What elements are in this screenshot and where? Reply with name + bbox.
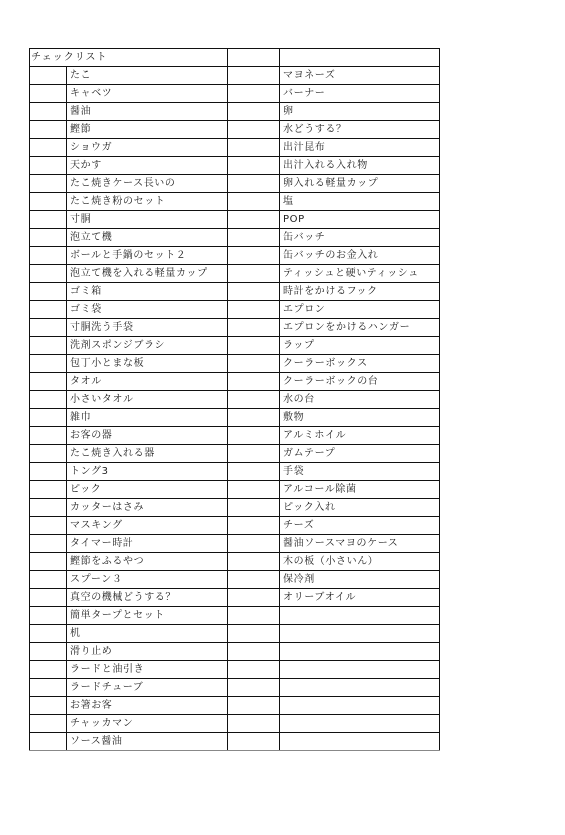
header-row: チェックリスト bbox=[30, 49, 440, 67]
check-cell[interactable] bbox=[30, 247, 67, 265]
check-cell[interactable] bbox=[30, 103, 67, 121]
check-cell[interactable] bbox=[30, 283, 67, 301]
empty-cell[interactable] bbox=[228, 49, 280, 67]
check-cell[interactable] bbox=[30, 463, 67, 481]
right-item-cell[interactable] bbox=[280, 607, 440, 625]
check-cell[interactable] bbox=[228, 643, 280, 661]
check-cell[interactable] bbox=[228, 589, 280, 607]
right-item-cell[interactable]: ラップ bbox=[280, 337, 440, 355]
table-row: 醤油卵 bbox=[30, 103, 440, 121]
check-cell[interactable] bbox=[228, 463, 280, 481]
check-cell[interactable] bbox=[228, 265, 280, 283]
right-item-cell[interactable]: 出汁入れる入れ物 bbox=[280, 157, 440, 175]
left-item-cell[interactable]: タイマー時計 bbox=[67, 535, 228, 553]
check-cell[interactable] bbox=[228, 319, 280, 337]
left-item-cell[interactable]: 泡立て機を入れる軽量カップ bbox=[67, 265, 228, 283]
check-cell[interactable] bbox=[228, 481, 280, 499]
check-cell[interactable] bbox=[30, 661, 67, 679]
table-row: 滑り止め bbox=[30, 643, 440, 661]
check-cell[interactable] bbox=[228, 247, 280, 265]
check-cell[interactable] bbox=[30, 337, 67, 355]
table-row: 寸胴POP bbox=[30, 211, 440, 229]
right-item-cell[interactable]: 卵入れる軽量カップ bbox=[280, 175, 440, 193]
check-cell[interactable] bbox=[228, 175, 280, 193]
check-cell[interactable] bbox=[30, 157, 67, 175]
check-cell[interactable] bbox=[30, 535, 67, 553]
table-row: 泡立て機を入れる軽量カップティッシュと硬いティッシュ bbox=[30, 265, 440, 283]
table-row: 雑巾敷物 bbox=[30, 409, 440, 427]
table-row: たこ焼きケース長いの卵入れる軽量カップ bbox=[30, 175, 440, 193]
table-row: 包丁小とまな板クーラーボックス bbox=[30, 355, 440, 373]
check-cell[interactable] bbox=[30, 553, 67, 571]
check-cell[interactable] bbox=[228, 67, 280, 85]
right-item-cell[interactable] bbox=[280, 679, 440, 697]
table-row: チャッカマン bbox=[30, 715, 440, 733]
table-row: 小さいタオル水の台 bbox=[30, 391, 440, 409]
left-item-cell[interactable]: 鰹節 bbox=[67, 121, 228, 139]
right-item-cell[interactable] bbox=[280, 715, 440, 733]
check-cell[interactable] bbox=[228, 553, 280, 571]
table-row: 真空の機械どうする？オリーブオイル bbox=[30, 589, 440, 607]
right-item-cell[interactable]: ティッシュと硬いティッシュ bbox=[280, 265, 440, 283]
check-cell[interactable] bbox=[30, 697, 67, 715]
check-cell[interactable] bbox=[30, 139, 67, 157]
left-item-cell[interactable]: 寸胴 bbox=[67, 211, 228, 229]
right-item-cell[interactable] bbox=[280, 697, 440, 715]
table-row: タイマー時計醤油ソースマヨのケース bbox=[30, 535, 440, 553]
table-row: 寸胴洗う手袋エプロンをかけるハンガー bbox=[30, 319, 440, 337]
left-item-cell[interactable]: マスキング bbox=[67, 517, 228, 535]
check-cell[interactable] bbox=[30, 211, 67, 229]
left-item-cell[interactable]: チャッカマン bbox=[67, 715, 228, 733]
check-cell[interactable] bbox=[30, 517, 67, 535]
table-row: 鰹節をふるやつ木の板（小さいん） bbox=[30, 553, 440, 571]
table-row: タオルクーラーボックの台 bbox=[30, 373, 440, 391]
table-row: 机 bbox=[30, 625, 440, 643]
right-item-cell[interactable]: 水の台 bbox=[280, 391, 440, 409]
table-row: 泡立て機缶バッチ bbox=[30, 229, 440, 247]
check-cell[interactable] bbox=[30, 265, 67, 283]
check-cell[interactable] bbox=[228, 535, 280, 553]
check-cell[interactable] bbox=[228, 157, 280, 175]
checklist-table: チェックリスト たこマヨネーズキャベツバーナー醤油卵鰹節水どうする？ショウガ出汁… bbox=[29, 48, 440, 751]
left-item-cell[interactable]: 天かす bbox=[67, 157, 228, 175]
check-cell[interactable] bbox=[30, 625, 67, 643]
check-cell[interactable] bbox=[228, 229, 280, 247]
table-row: 洗剤スポンジブラシラップ bbox=[30, 337, 440, 355]
table-row: たこマヨネーズ bbox=[30, 67, 440, 85]
left-item-cell[interactable]: 泡立て機 bbox=[67, 229, 228, 247]
right-item-cell[interactable]: ガムテープ bbox=[280, 445, 440, 463]
check-cell[interactable] bbox=[30, 67, 67, 85]
right-item-cell[interactable]: クーラーボックの台 bbox=[280, 373, 440, 391]
table-row: たこ焼き粉のセット塩 bbox=[30, 193, 440, 211]
left-item-cell[interactable]: ボールと手鍋のセット２ bbox=[67, 247, 228, 265]
check-cell[interactable] bbox=[228, 571, 280, 589]
table-row: たこ焼き入れる器ガムテープ bbox=[30, 445, 440, 463]
left-item-cell[interactable]: 真空の機械どうする？ bbox=[67, 589, 228, 607]
check-cell[interactable] bbox=[228, 373, 280, 391]
table-row: キャベツバーナー bbox=[30, 85, 440, 103]
right-item-cell[interactable]: 敷物 bbox=[280, 409, 440, 427]
left-item-cell[interactable]: ラードと油引き bbox=[67, 661, 228, 679]
table-row: ラードと油引き bbox=[30, 661, 440, 679]
right-item-cell[interactable]: 時計をかけるフック bbox=[280, 283, 440, 301]
right-item-cell[interactable]: 木の板（小さいん） bbox=[280, 553, 440, 571]
left-item-cell[interactable]: 簡単タープとセット bbox=[67, 607, 228, 625]
right-item-cell[interactable]: 保冷剤 bbox=[280, 571, 440, 589]
left-item-cell[interactable]: ゴミ箱 bbox=[67, 283, 228, 301]
table-row: お客の器アルミホイル bbox=[30, 427, 440, 445]
left-item-cell[interactable]: たこ焼き入れる器 bbox=[67, 445, 228, 463]
check-cell[interactable] bbox=[30, 427, 67, 445]
check-cell[interactable] bbox=[30, 589, 67, 607]
right-item-cell[interactable]: 手袋 bbox=[280, 463, 440, 481]
right-item-cell[interactable] bbox=[280, 625, 440, 643]
left-item-cell[interactable]: 洗剤スポンジブラシ bbox=[67, 337, 228, 355]
check-cell[interactable] bbox=[30, 499, 67, 517]
check-cell[interactable] bbox=[30, 715, 67, 733]
check-cell[interactable] bbox=[228, 517, 280, 535]
right-item-cell[interactable]: 缶バッチ bbox=[280, 229, 440, 247]
table-row: スプーン３保冷剤 bbox=[30, 571, 440, 589]
check-cell[interactable] bbox=[228, 625, 280, 643]
left-item-cell[interactable]: 醤油 bbox=[67, 103, 228, 121]
check-cell[interactable] bbox=[30, 733, 67, 751]
right-item-cell[interactable]: 缶バッチのお金入れ bbox=[280, 247, 440, 265]
table-row: 簡単タープとセット bbox=[30, 607, 440, 625]
left-item-cell[interactable]: たこ焼き粉のセット bbox=[67, 193, 228, 211]
table-row: ショウガ出汁昆布 bbox=[30, 139, 440, 157]
right-item-cell[interactable]: マヨネーズ bbox=[280, 67, 440, 85]
checklist-sheet: チェックリスト たこマヨネーズキャベツバーナー醤油卵鰹節水どうする？ショウガ出汁… bbox=[29, 48, 440, 751]
check-cell[interactable] bbox=[228, 427, 280, 445]
left-item-cell[interactable]: お箸お客 bbox=[67, 697, 228, 715]
right-item-cell[interactable]: POP bbox=[280, 211, 440, 229]
check-cell[interactable] bbox=[30, 355, 67, 373]
check-cell[interactable] bbox=[228, 337, 280, 355]
check-cell[interactable] bbox=[30, 373, 67, 391]
table-row: ラードチューブ bbox=[30, 679, 440, 697]
table-row: 天かす出汁入れる入れ物 bbox=[30, 157, 440, 175]
right-item-cell[interactable]: エプロン bbox=[280, 301, 440, 319]
check-cell[interactable] bbox=[228, 103, 280, 121]
right-item-cell[interactable]: 卵 bbox=[280, 103, 440, 121]
check-cell[interactable] bbox=[228, 193, 280, 211]
check-cell[interactable] bbox=[228, 499, 280, 517]
left-item-cell[interactable]: トング3 bbox=[67, 463, 228, 481]
left-item-cell[interactable]: たこ焼きケース長いの bbox=[67, 175, 228, 193]
left-item-cell[interactable]: 包丁小とまな板 bbox=[67, 355, 228, 373]
check-cell[interactable] bbox=[228, 679, 280, 697]
left-item-cell[interactable]: ラードチューブ bbox=[67, 679, 228, 697]
check-cell[interactable] bbox=[30, 571, 67, 589]
right-item-cell[interactable]: バーナー bbox=[280, 85, 440, 103]
table-row: マスキングチーズ bbox=[30, 517, 440, 535]
table-row: ソース醤油 bbox=[30, 733, 440, 751]
check-cell[interactable] bbox=[30, 481, 67, 499]
check-cell[interactable] bbox=[228, 697, 280, 715]
left-item-cell[interactable]: カッターはさみ bbox=[67, 499, 228, 517]
check-cell[interactable] bbox=[228, 301, 280, 319]
check-cell[interactable] bbox=[30, 319, 67, 337]
left-item-cell[interactable]: スプーン３ bbox=[67, 571, 228, 589]
check-cell[interactable] bbox=[30, 607, 67, 625]
check-cell[interactable] bbox=[30, 643, 67, 661]
table-row: ピックアルコール除菌 bbox=[30, 481, 440, 499]
check-cell[interactable] bbox=[30, 193, 67, 211]
check-cell[interactable] bbox=[30, 301, 67, 319]
left-item-cell[interactable]: 雑巾 bbox=[67, 409, 228, 427]
check-cell[interactable] bbox=[228, 85, 280, 103]
check-cell[interactable] bbox=[30, 409, 67, 427]
table-row: ボールと手鍋のセット２缶バッチのお金入れ bbox=[30, 247, 440, 265]
right-item-cell[interactable]: オリーブオイル bbox=[280, 589, 440, 607]
check-cell[interactable] bbox=[228, 607, 280, 625]
check-cell[interactable] bbox=[228, 283, 280, 301]
right-item-cell[interactable]: 水どうする？ bbox=[280, 121, 440, 139]
left-item-cell[interactable]: 机 bbox=[67, 625, 228, 643]
left-item-cell[interactable]: キャベツ bbox=[67, 85, 228, 103]
check-cell[interactable] bbox=[30, 679, 67, 697]
table-row: 鰹節水どうする？ bbox=[30, 121, 440, 139]
check-cell[interactable] bbox=[30, 175, 67, 193]
check-cell[interactable] bbox=[228, 661, 280, 679]
right-item-cell[interactable] bbox=[280, 733, 440, 751]
table-row: お箸お客 bbox=[30, 697, 440, 715]
right-item-cell[interactable]: エプロンをかけるハンガー bbox=[280, 319, 440, 337]
right-item-cell[interactable]: ピック入れ bbox=[280, 499, 440, 517]
left-item-cell[interactable]: たこ bbox=[67, 67, 228, 85]
check-cell[interactable] bbox=[30, 391, 67, 409]
check-cell[interactable] bbox=[228, 121, 280, 139]
right-item-cell[interactable]: アルコール除菌 bbox=[280, 481, 440, 499]
left-item-cell[interactable]: ピック bbox=[67, 481, 228, 499]
left-item-cell[interactable]: 滑り止め bbox=[67, 643, 228, 661]
right-item-cell[interactable]: クーラーボックス bbox=[280, 355, 440, 373]
check-cell[interactable] bbox=[30, 85, 67, 103]
check-cell[interactable] bbox=[228, 445, 280, 463]
right-item-cell[interactable]: 塩 bbox=[280, 193, 440, 211]
checklist-title[interactable]: チェックリスト bbox=[30, 49, 228, 67]
table-row: カッターはさみピック入れ bbox=[30, 499, 440, 517]
right-item-cell[interactable]: 醤油ソースマヨのケース bbox=[280, 535, 440, 553]
left-item-cell[interactable]: ソース醤油 bbox=[67, 733, 228, 751]
check-cell[interactable] bbox=[30, 445, 67, 463]
check-cell[interactable] bbox=[228, 391, 280, 409]
left-item-cell[interactable]: ショウガ bbox=[67, 139, 228, 157]
left-item-cell[interactable]: お客の器 bbox=[67, 427, 228, 445]
check-cell[interactable] bbox=[30, 229, 67, 247]
check-cell[interactable] bbox=[228, 355, 280, 373]
right-item-cell[interactable] bbox=[280, 643, 440, 661]
check-cell[interactable] bbox=[228, 211, 280, 229]
right-item-cell[interactable] bbox=[280, 661, 440, 679]
check-cell[interactable] bbox=[228, 409, 280, 427]
table-row: ゴミ袋エプロン bbox=[30, 301, 440, 319]
check-cell[interactable] bbox=[228, 715, 280, 733]
empty-cell[interactable] bbox=[280, 49, 440, 67]
right-item-cell[interactable]: 出汁昆布 bbox=[280, 139, 440, 157]
right-item-cell[interactable]: アルミホイル bbox=[280, 427, 440, 445]
left-item-cell[interactable]: ゴミ袋 bbox=[67, 301, 228, 319]
check-cell[interactable] bbox=[228, 733, 280, 751]
table-row: ゴミ箱時計をかけるフック bbox=[30, 283, 440, 301]
right-item-cell[interactable]: チーズ bbox=[280, 517, 440, 535]
check-cell[interactable] bbox=[30, 121, 67, 139]
left-item-cell[interactable]: 鰹節をふるやつ bbox=[67, 553, 228, 571]
check-cell[interactable] bbox=[228, 139, 280, 157]
left-item-cell[interactable]: 小さいタオル bbox=[67, 391, 228, 409]
left-item-cell[interactable]: タオル bbox=[67, 373, 228, 391]
left-item-cell[interactable]: 寸胴洗う手袋 bbox=[67, 319, 228, 337]
table-row: トング3手袋 bbox=[30, 463, 440, 481]
